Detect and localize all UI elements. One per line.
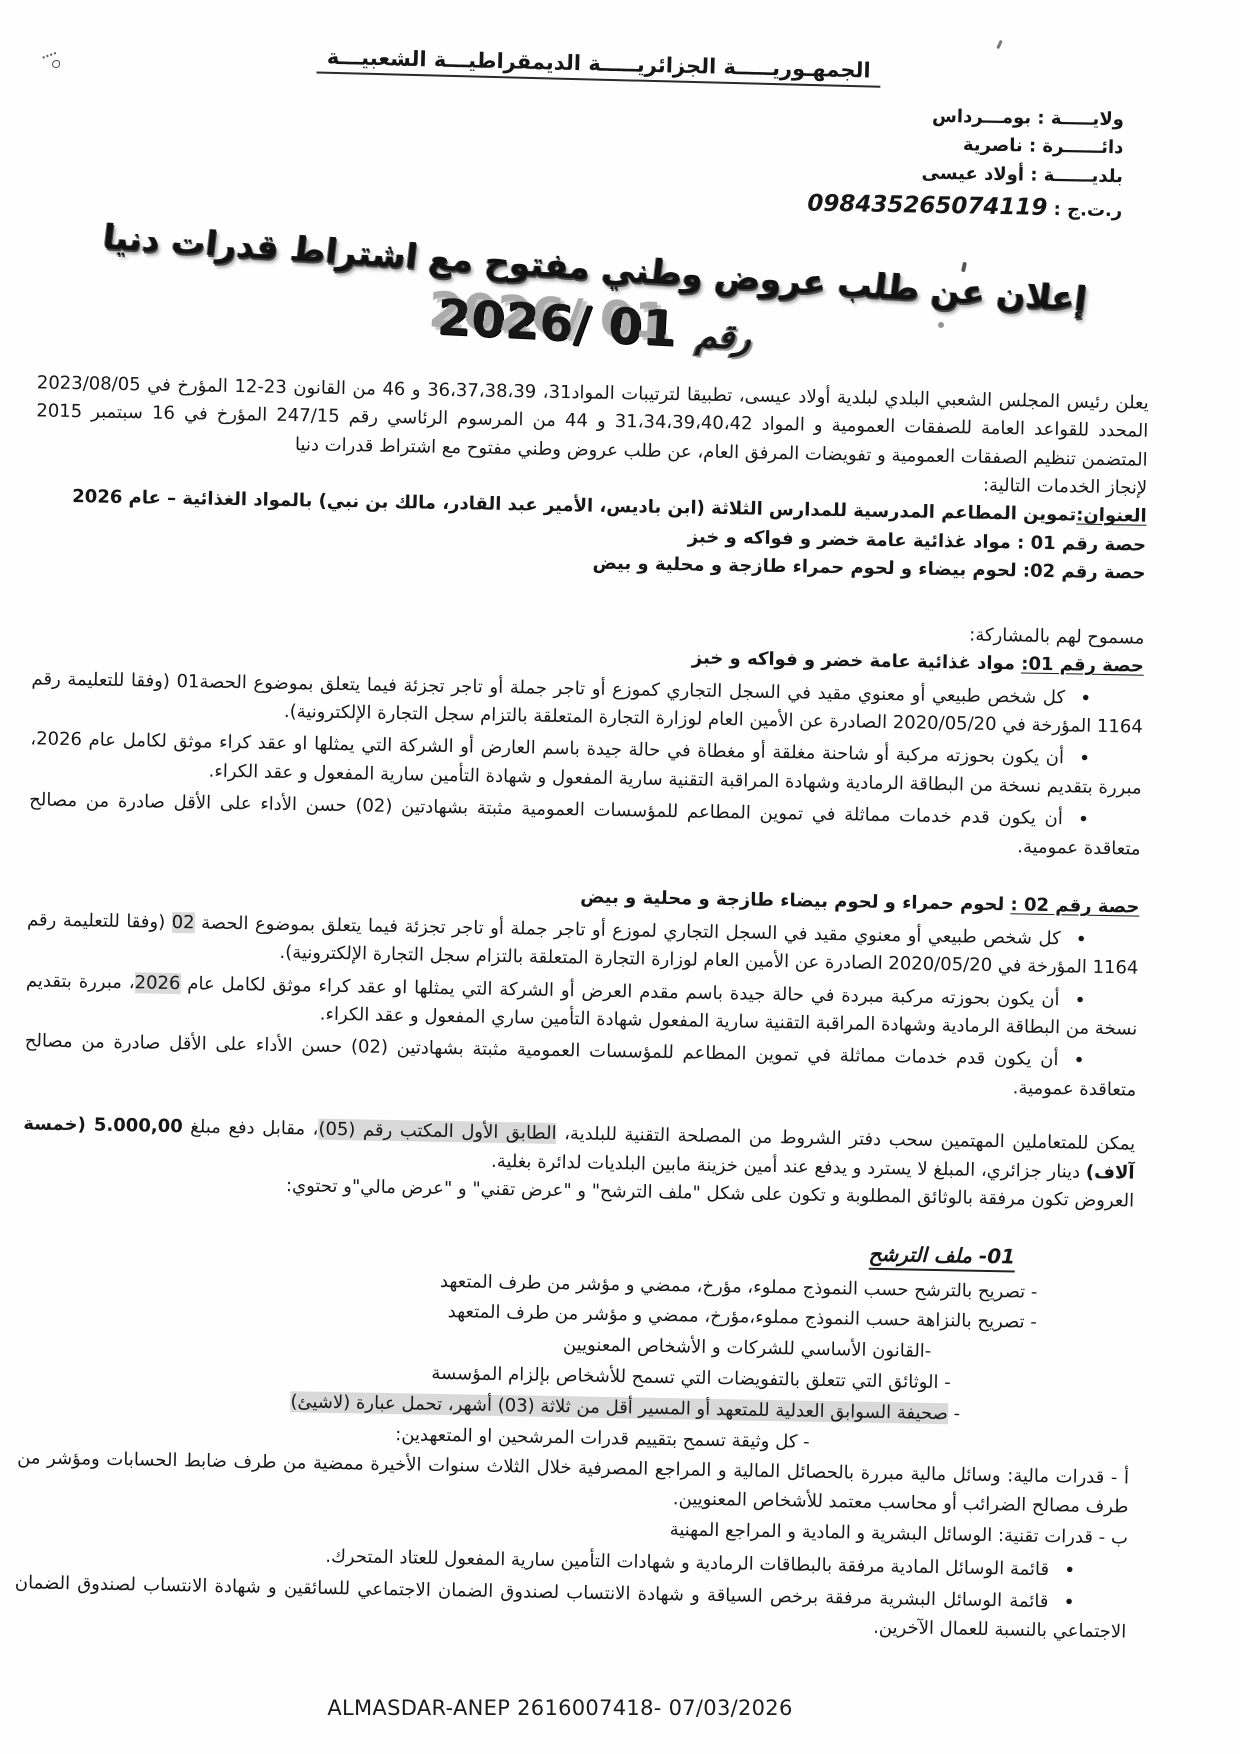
anep-footer: ALMASDAR-ANEP 2616007418- 07/03/2026 xyxy=(0,1696,1240,1720)
announcement-number: رقم 2026/ 01 xyxy=(436,288,753,361)
candidacy-items: - تصريح بالترشح حسب النموذج مملوء، مؤرخ،… xyxy=(16,1260,1133,1554)
scanned-document-page: الجمهـوريـــــة الجزائريـــــة الديمقراط… xyxy=(0,0,1240,1754)
technical-means-list: قائمة الوسائل المادية مرفقة بالبطاقات ال… xyxy=(14,1535,1127,1647)
number-label: رقم xyxy=(695,315,752,358)
document-content: الجمهـوريـــــة الجزائريـــــة الديمقراط… xyxy=(0,0,1240,1648)
republic-header: الجمهـوريـــــة الجزائريـــــة الديمقراط… xyxy=(317,44,881,87)
lot2-conditions-list: كل شخص طبيعي أو معنوي مقيد في السجل التج… xyxy=(24,904,1139,1105)
lot1-conditions-list: كل شخص طبيعي أو معنوي مقيد في السجل التج… xyxy=(28,663,1143,864)
candidacy-file-heading: 01- ملف الترشح xyxy=(868,1241,1015,1272)
number-value: 2026/ 01 xyxy=(436,288,678,357)
authority-block: ولايـــــة : بومـــرداس دائــــــرة : نا… xyxy=(40,86,1124,227)
